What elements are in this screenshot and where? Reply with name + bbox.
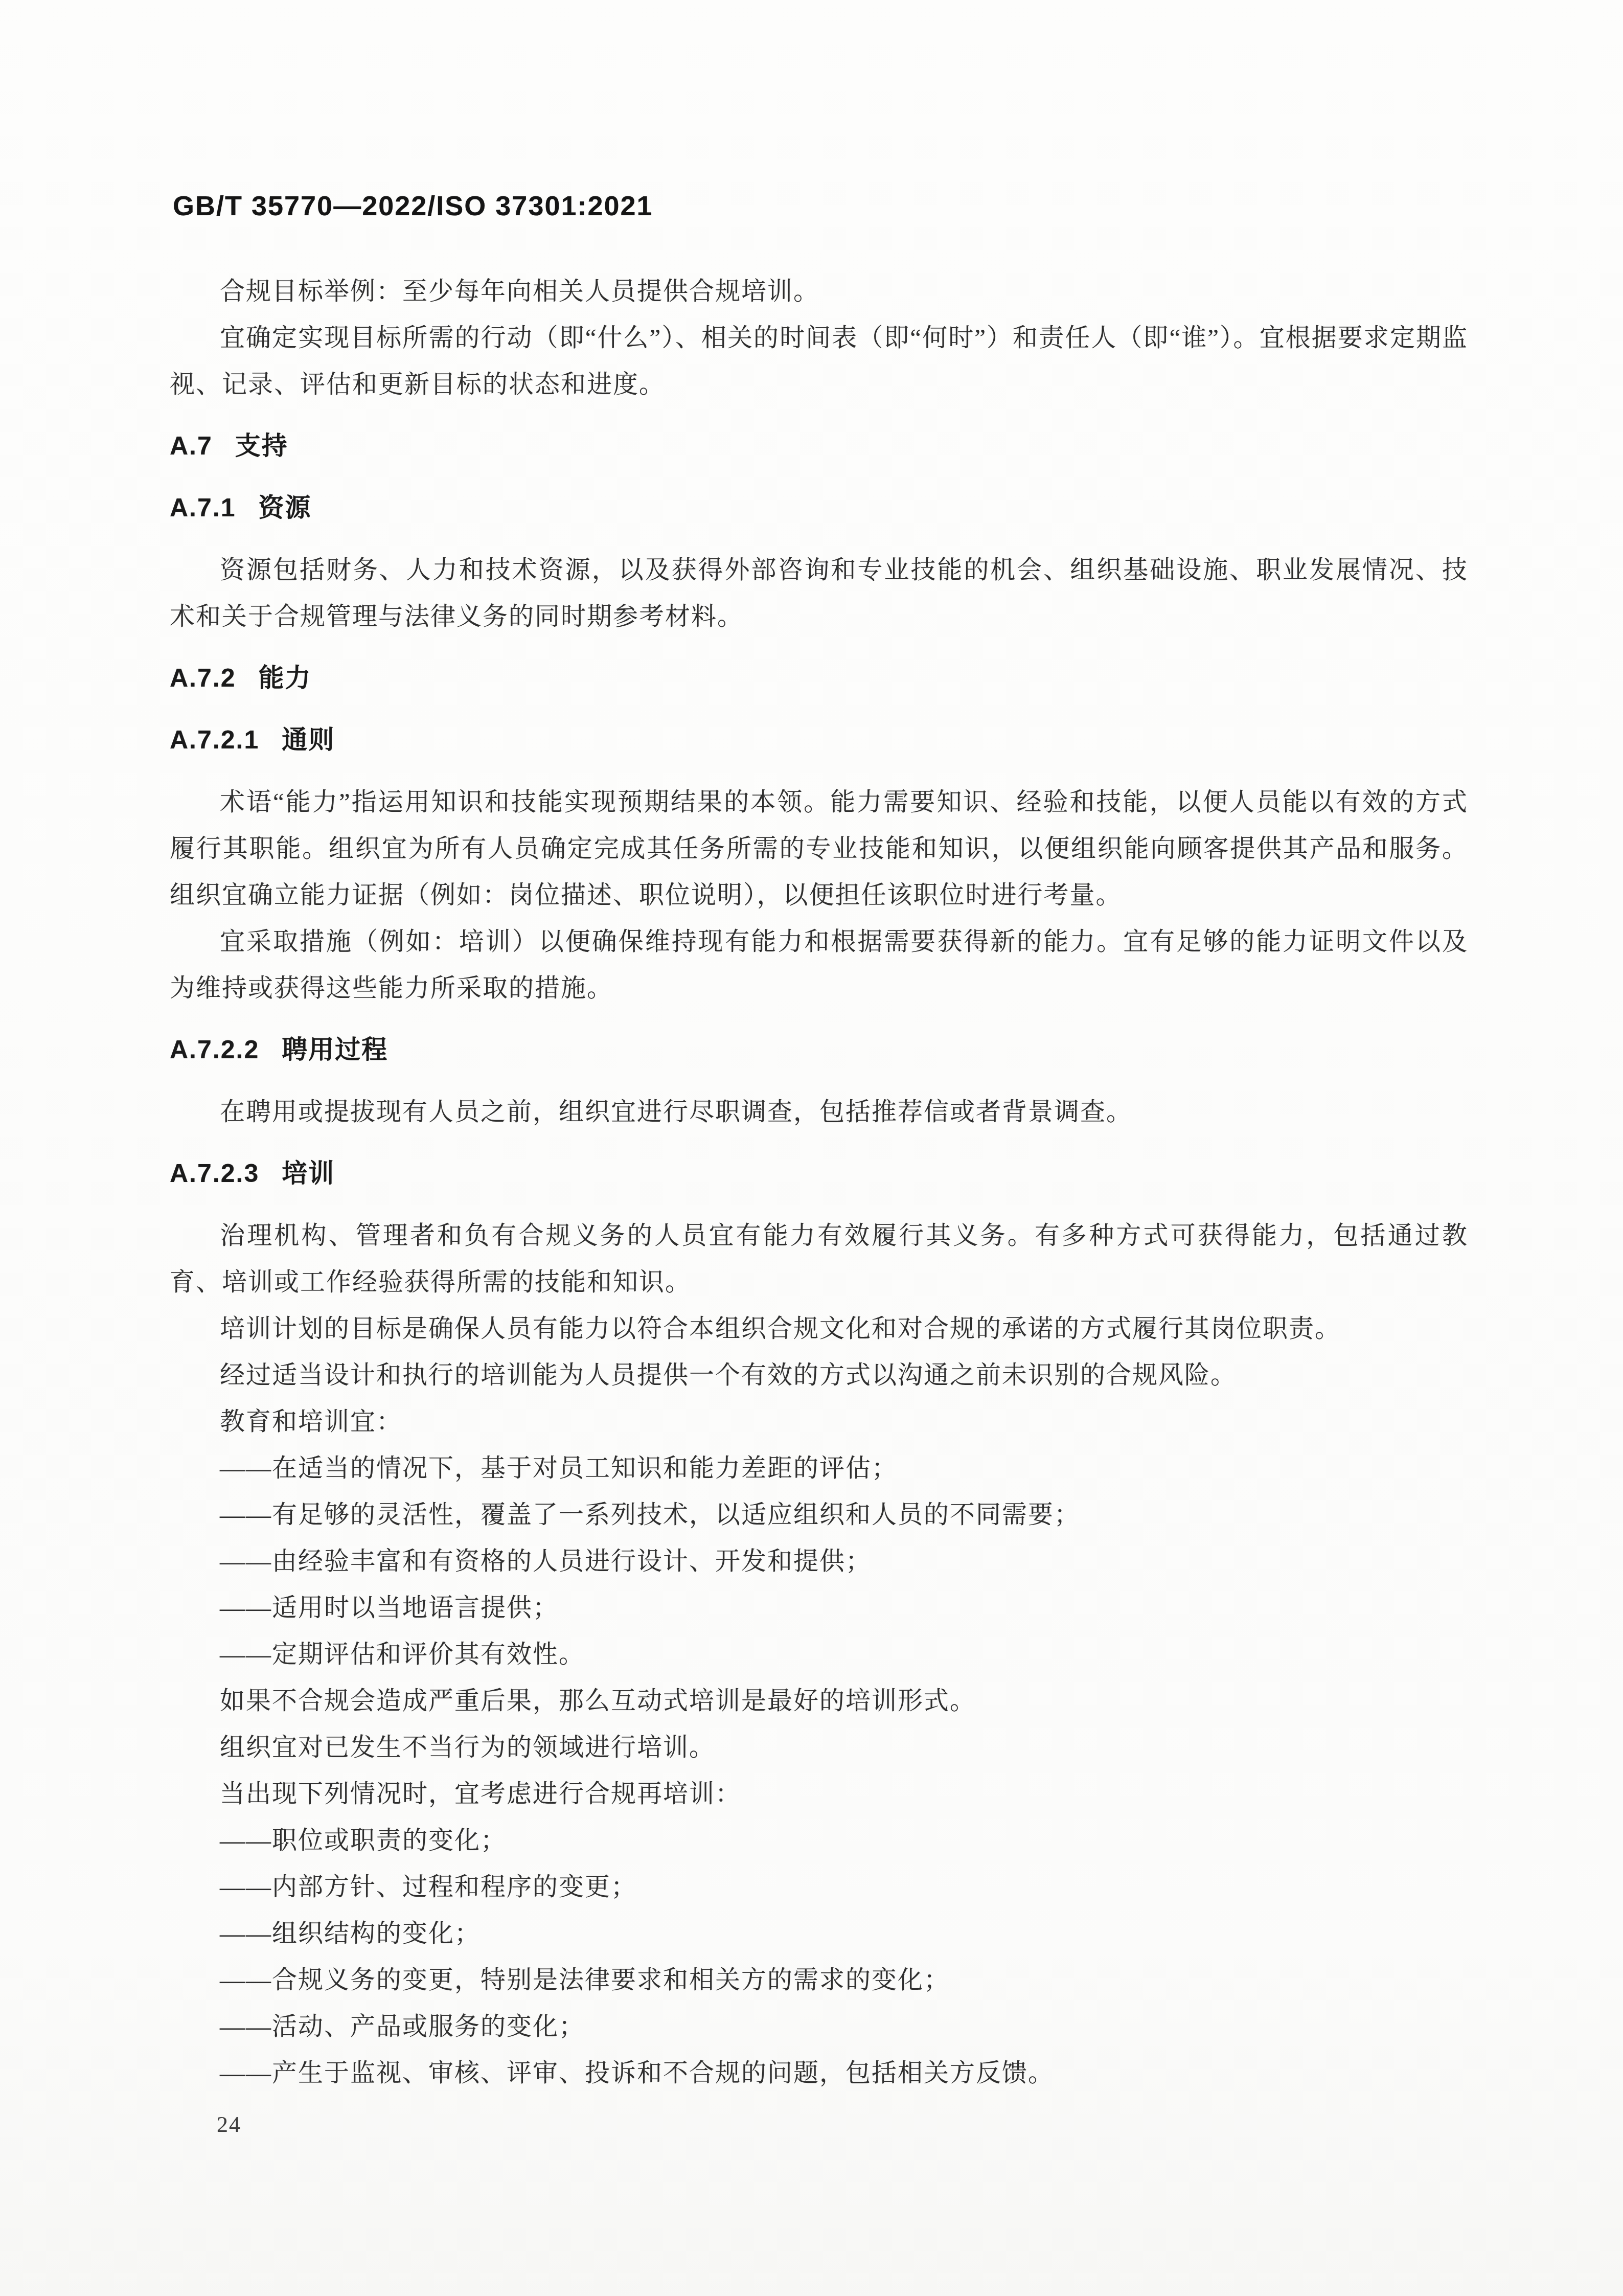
section-number: A.7.2.1 bbox=[170, 725, 259, 754]
list-item: ——合规义务的变更，特别是法律要求和相关方的需求的变化； bbox=[170, 1957, 1468, 2003]
section-number: A.7.1 bbox=[170, 493, 236, 522]
section-heading-a7-2-2: A.7.2.2聘用过程 bbox=[170, 1027, 1468, 1073]
section-heading-a7: A.7支持 bbox=[170, 423, 1468, 469]
section-heading-a7-2-1: A.7.2.1通则 bbox=[170, 717, 1468, 763]
page-body: 合规目标举例：至少每年向相关人员提供合规培训。 宜确定实现目标所需的行动（即“什… bbox=[170, 268, 1468, 2096]
a7-2-1-paragraph-2: 宜采取措施（例如：培训）以便确保维持现有能力和根据需要获得新的能力。宜有足够的能… bbox=[170, 918, 1468, 1011]
retraining-conditions-list: ——职位或职责的变化； ——内部方针、过程和程序的变更； ——组织结构的变化； … bbox=[170, 1817, 1468, 2096]
intro-paragraph-1: 合规目标举例：至少每年向相关人员提供合规培训。 bbox=[170, 268, 1468, 314]
a7-2-3-paragraph-1: 治理机构、管理者和负有合规义务的人员宜有能力有效履行其义务。有多种方式可获得能力… bbox=[170, 1212, 1468, 1305]
a7-2-3-paragraph-2: 培训计划的目标是确保人员有能力以符合本组织合规文化和对合规的承诺的方式履行其岗位… bbox=[170, 1305, 1468, 1352]
section-heading-a7-1: A.7.1资源 bbox=[170, 485, 1468, 531]
list-item: ——内部方针、过程和程序的变更； bbox=[170, 1863, 1468, 1910]
section-title: 支持 bbox=[235, 431, 288, 460]
a7-2-3-paragraph-4: 教育和培训宜： bbox=[170, 1398, 1468, 1445]
standard-code-header: GB/T 35770—2022/ISO 37301:2021 bbox=[173, 190, 653, 222]
section-number: A.7.2 bbox=[170, 664, 236, 692]
list-item: ——定期评估和评价其有效性。 bbox=[170, 1631, 1468, 1677]
section-number: A.7 bbox=[170, 431, 213, 460]
list-item: ——活动、产品或服务的变化； bbox=[170, 2003, 1468, 2050]
a7-2-3-paragraph-3: 经过适当设计和执行的培训能为人员提供一个有效的方式以沟通之前未识别的合规风险。 bbox=[170, 1352, 1468, 1398]
a7-2-3-paragraph-7: 当出现下列情况时，宜考虑进行合规再培训： bbox=[170, 1770, 1468, 1817]
list-item: ——产生于监视、审核、评审、投诉和不合规的问题，包括相关方反馈。 bbox=[170, 2050, 1468, 2096]
section-title: 聘用过程 bbox=[282, 1035, 388, 1064]
a7-2-3-paragraph-5: 如果不合规会造成严重后果，那么互动式培训是最好的培训形式。 bbox=[170, 1677, 1468, 1724]
list-item: ——在适当的情况下，基于对员工知识和能力差距的评估； bbox=[170, 1445, 1468, 1491]
a7-1-paragraph-1: 资源包括财务、人力和技术资源，以及获得外部咨询和专业技能的机会、组织基础设施、职… bbox=[170, 547, 1468, 640]
a7-2-1-paragraph-1: 术语“能力”指运用知识和技能实现预期结果的本领。能力需要知识、经验和技能，以便人… bbox=[170, 779, 1468, 918]
section-title: 能力 bbox=[259, 664, 312, 692]
section-title: 培训 bbox=[282, 1159, 335, 1188]
list-item: ——有足够的灵活性，覆盖了一系列技术，以适应组织和人员的不同需要； bbox=[170, 1491, 1468, 1538]
a7-2-3-paragraph-6: 组织宜对已发生不当行为的领域进行培训。 bbox=[170, 1724, 1468, 1770]
section-title: 资源 bbox=[259, 493, 312, 522]
section-heading-a7-2-3: A.7.2.3培训 bbox=[170, 1150, 1468, 1197]
a7-2-2-paragraph-1: 在聘用或提拔现有人员之前，组织宜进行尽职调查，包括推荐信或者背景调查。 bbox=[170, 1088, 1468, 1135]
intro-paragraph-2: 宜确定实现目标所需的行动（即“什么”）、相关的时间表（即“何时”）和责任人（即“… bbox=[170, 314, 1468, 407]
education-training-list: ——在适当的情况下，基于对员工知识和能力差距的评估； ——有足够的灵活性，覆盖了… bbox=[170, 1445, 1468, 1677]
scanned-standard-page: GB/T 35770—2022/ISO 37301:2021 合规目标举例：至少… bbox=[0, 0, 1623, 2296]
list-item: ——职位或职责的变化； bbox=[170, 1817, 1468, 1863]
list-item: ——由经验丰富和有资格的人员进行设计、开发和提供； bbox=[170, 1538, 1468, 1584]
section-title: 通则 bbox=[282, 725, 335, 754]
list-item: ——适用时以当地语言提供； bbox=[170, 1584, 1468, 1631]
section-heading-a7-2: A.7.2能力 bbox=[170, 655, 1468, 701]
section-number: A.7.2.2 bbox=[170, 1035, 259, 1064]
page-number: 24 bbox=[217, 2109, 241, 2140]
list-item: ——组织结构的变化； bbox=[170, 1910, 1468, 1957]
section-number: A.7.2.3 bbox=[170, 1159, 259, 1188]
